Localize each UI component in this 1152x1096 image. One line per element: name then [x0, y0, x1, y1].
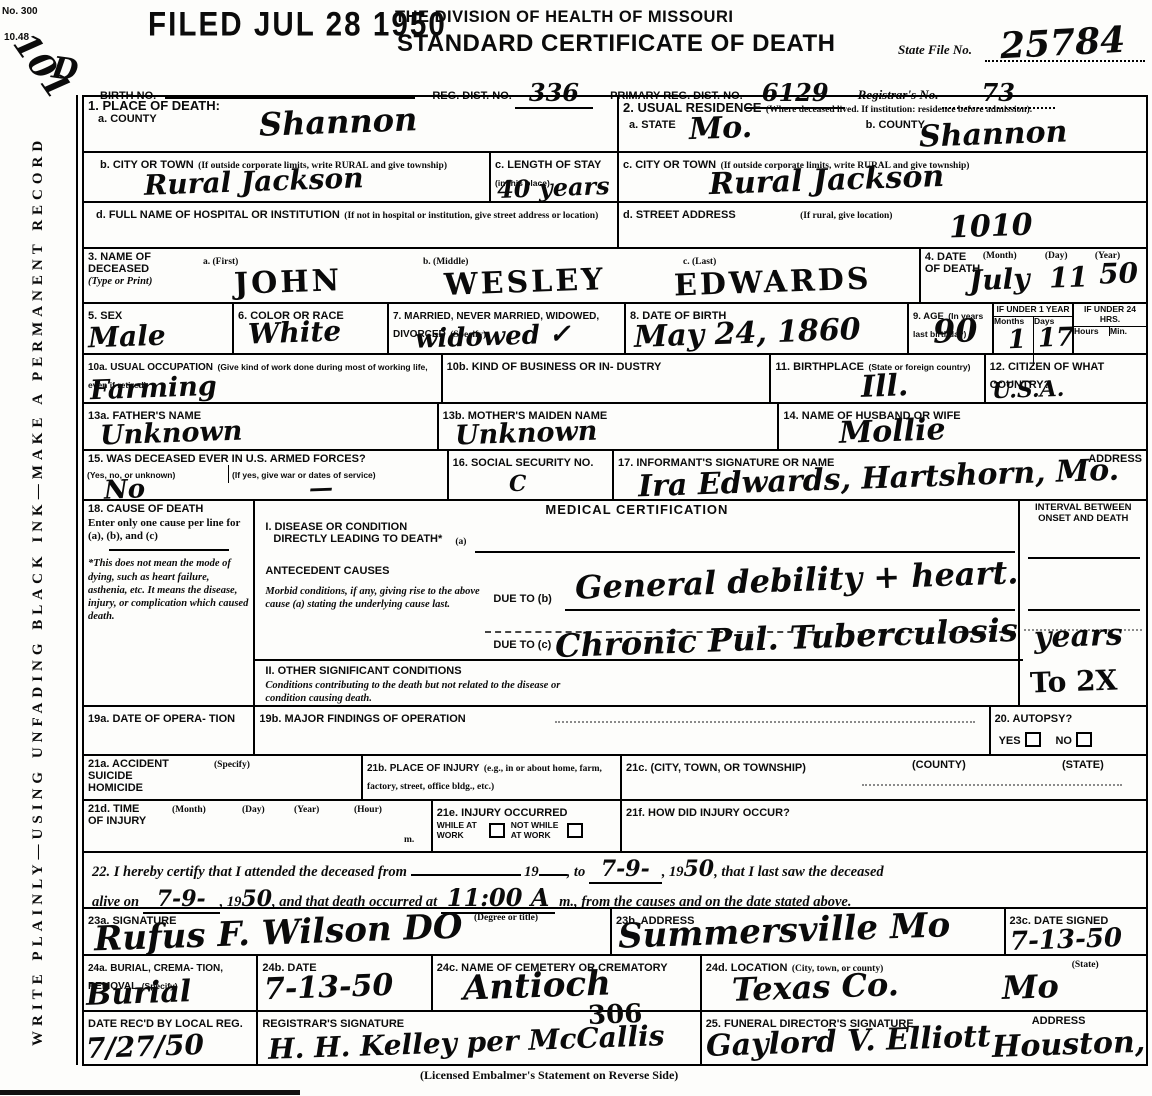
while-at-work-label: WHILE AT WORK	[437, 821, 483, 841]
field-24a-burial: 24a. BURIAL, CREMA- TION, REMOVAL (Speci…	[84, 956, 256, 1010]
occupation-value: Farming	[89, 371, 217, 406]
field-1b-city: b. CITY OR TOWN (If outside corporate li…	[84, 153, 489, 201]
field-21d-injury-time: 21d. TIME OF INJURY (Month) (Day) (Year)…	[84, 801, 431, 851]
field-1d-hospital: d. FULL NAME OF HOSPITAL OR INSTITUTION …	[84, 203, 617, 247]
certify-blank2	[539, 874, 567, 876]
field-19a-operation-date: 19a. DATE OF OPERA- TION	[84, 707, 253, 754]
antecedent-note: Morbid conditions, if any, giving rise t…	[265, 585, 485, 611]
field-13b-mother: 13b. MOTHER'S MAIDEN NAME Unknown	[437, 404, 778, 449]
field-23a-signature: 23a. SIGNATURE (Degree or title) Rufus F…	[84, 909, 610, 954]
city-value: Rural Jackson	[143, 161, 364, 202]
name-note: (Type or Print)	[88, 275, 203, 288]
certify-yr2-value: 50	[683, 856, 714, 882]
row-occupation: 10a. USUAL OCCUPATION (Give kind of work…	[84, 353, 1146, 402]
physician-address-value: Summersville Mo	[617, 905, 950, 957]
field-3-name: 3. NAME OF DECEASED (Type or Print) a. (…	[84, 249, 919, 302]
signature-note: (Degree or title)	[474, 913, 538, 924]
field-18-cause-of-death: 18. CAUSE OF DEATH Enter only one cause …	[84, 501, 253, 705]
row-parents: 13a. FATHER'S NAME Unknown 13b. MOTHER'S…	[84, 402, 1146, 449]
field-13a-father: 13a. FATHER'S NAME Unknown	[84, 404, 437, 449]
certify-blank1	[411, 874, 521, 876]
certify-part1: 22. I hereby certify that I attended the…	[92, 864, 407, 880]
field-10a-occupation: 10a. USUAL OCCUPATION (Give kind of work…	[84, 355, 441, 402]
field-19b-operation-findings: 19b. MAJOR FINDINGS OF OPERATION	[253, 707, 988, 754]
how-injury-label: 21f. HOW DID INJURY OCCUR?	[626, 807, 790, 819]
field-1a-county: 1. PLACE OF DEATH: a. COUNTY Shannon	[84, 97, 617, 151]
injury-hour-label: (Hour)	[354, 805, 382, 816]
disease-a-line	[475, 551, 1015, 553]
due-to-b-value: General debility + heart.	[575, 553, 1019, 606]
days-value: 17	[1037, 322, 1074, 353]
county-value: Shannon	[258, 100, 417, 143]
row-medical-certification: 18. CAUSE OF DEATH Enter only one cause …	[84, 499, 1146, 705]
birthplace-value: Ill.	[861, 368, 909, 405]
ssn-mark: C	[508, 471, 526, 498]
funeral-address-value: Houston, Mo.	[991, 1022, 1152, 1065]
burial-value: Burial	[85, 974, 191, 1013]
first-name-label: a. (First)	[203, 257, 238, 267]
usual-residence-note: (Where deceased lived. If institution: r…	[766, 105, 1032, 115]
name-title: 3. NAME OF DECEASED	[88, 251, 203, 275]
field-24b-burial-date: 24b. DATE 7-13-50	[256, 956, 430, 1010]
disease-label-line1: I. DISEASE OR CONDITION	[265, 521, 407, 533]
under24-label: IF UNDER 24 HRS.	[1074, 304, 1146, 327]
interval-column: INTERVAL BETWEEN ONSET AND DEATH years T…	[1018, 501, 1146, 705]
row-registrar: DATE REC'D BY LOCAL REG. 7/27/50 REGISTR…	[84, 1010, 1146, 1064]
field-24c-cemetery: 24c. NAME OF CEMETERY OR CREMATORY Antio…	[431, 956, 700, 1010]
field-2c-city: c. CITY OR TOWN (If outside corporate li…	[619, 153, 1146, 201]
field-25-funeral-director: 25. FUNERAL DIRECTOR'S SIGNATURE ADDRESS…	[700, 1012, 1146, 1064]
dod-month-value: July	[968, 262, 1030, 297]
row-name-dod: 3. NAME OF DECEASED (Type or Print) a. (…	[84, 247, 1146, 302]
accident-note: (Specify)	[214, 760, 250, 771]
autopsy-label: 20. AUTOPSY?	[995, 713, 1073, 725]
due-to-c-value: Chronic Pul. Tuberculosis	[555, 611, 1019, 665]
interval-label: INTERVAL BETWEEN ONSET AND DEATH	[1020, 501, 1146, 525]
armed-label: 15. WAS DECEASED EVER IN U.S. ARMED FORC…	[84, 451, 447, 465]
last-name-label: c. (Last)	[683, 257, 716, 267]
field-24d-location: 24d. LOCATION (City, town, or county) (S…	[700, 956, 1146, 1010]
residence-county-label: b. COUNTY	[866, 119, 925, 131]
field-registrar-signature: REGISTRAR'S SIGNATURE 306 H. H. Kelley p…	[256, 1012, 699, 1064]
certificate-form: 1. PLACE OF DEATH: a. COUNTY Shannon b. …	[82, 95, 1148, 1066]
injury-occurred-label: 21e. INJURY OCCURRED	[437, 807, 568, 819]
field-15-armed-forces: 15. WAS DECEASED EVER IN U.S. ARMED FORC…	[84, 451, 447, 499]
field-4-date-of-death: 4. DATE OF DEATH (Month) (Day) (Year) Ju…	[919, 249, 1146, 302]
cause-divider	[109, 549, 229, 551]
field-9-age: 9. AGE (In years last birthday) 90	[907, 304, 992, 353]
middle-name-label: b. (Middle)	[423, 257, 468, 267]
hospital-label: d. FULL NAME OF HOSPITAL OR INSTITUTION	[96, 209, 340, 221]
header-division-line: THE DIVISION OF HEALTH OF MISSOURI	[395, 8, 733, 27]
other-conditions-label: II. OTHER SIGNIFICANT CONDITIONS	[265, 665, 461, 677]
other-conditions-note: Conditions contributing to the death but…	[265, 679, 595, 705]
row-physician: 23a. SIGNATURE (Degree or title) Rufus F…	[84, 907, 1146, 954]
autopsy-yes-label: YES	[999, 735, 1021, 747]
field-21f-how-injury: 21f. HOW DID INJURY OCCUR?	[620, 801, 1146, 851]
residence-city-row: c. CITY OR TOWN (If outside corporate li…	[619, 151, 1146, 201]
field-23b-address: 23b. ADDRESS Summersville Mo	[610, 909, 1004, 954]
operation-findings-label: 19b. MAJOR FINDINGS OF OPERATION	[259, 713, 465, 725]
antecedent-title: ANTECEDENT CAUSES	[265, 565, 389, 577]
burial-state-note: (State)	[1072, 960, 1099, 971]
residence-state-county-row: 2. USUAL RESIDENCE (Where deceased lived…	[619, 97, 1146, 151]
field-12-citizen: 12. CITIZEN OF WHAT COUNTRY? U.S.A.	[984, 355, 1146, 402]
dod-year-value: 50	[1098, 256, 1138, 290]
operation-date-label: 19a. DATE OF OPERA- TION	[88, 713, 235, 725]
burial-state-value: Mo	[1001, 967, 1059, 1007]
hospital-note: (If not in hospital or institution, give…	[344, 211, 598, 221]
street-value: 1010	[948, 208, 1033, 246]
field-1c-length-of-stay: c. LENGTH OF STAY (in this place) 40 yea…	[489, 153, 617, 201]
dod-day-value: 11	[1048, 260, 1088, 294]
field-16-ssn: 16. SOCIAL SECURITY NO. C	[447, 451, 612, 499]
armed-note2: (If yes, give war or dates of service)	[232, 470, 376, 480]
residence-street-row: d. STREET ADDRESS (If rural, give locati…	[619, 201, 1146, 247]
cause-note2: *This does not mean the mode of dying, s…	[88, 557, 249, 623]
scan-smudge	[862, 784, 1122, 786]
section-usual-residence: 2. USUAL RESIDENCE (Where deceased lived…	[617, 97, 1146, 247]
father-value: Unknown	[100, 416, 243, 452]
injury-year-label: (Year)	[294, 805, 319, 816]
form-number: No. 300	[2, 6, 38, 17]
not-while-at-work-label: NOT WHILE AT WORK	[511, 821, 561, 841]
stay-label: c. LENGTH OF STAY	[495, 159, 601, 171]
interval-line-a	[1028, 557, 1140, 559]
race-value: White	[247, 314, 341, 350]
cause-label: 18. CAUSE OF DEATH	[88, 503, 249, 515]
age-value: 90	[932, 311, 978, 351]
min-label: Min.	[1110, 327, 1144, 337]
funeral-address-label: ADDRESS	[1032, 1015, 1086, 1027]
stay-value: 40 years	[497, 171, 611, 204]
first-name-value: JOHN	[233, 263, 342, 302]
injury-state-label: (STATE)	[1062, 759, 1104, 771]
interval-line-b	[1028, 609, 1140, 611]
citizen-value: U.S.A.	[991, 376, 1064, 405]
interval-value-mark: To 2X	[1030, 663, 1118, 699]
page-title: STANDARD CERTIFICATE OF DEATH	[397, 30, 835, 58]
residence-city-value: Rural Jackson	[708, 159, 944, 202]
margin-instruction-text: WRITE PLAINLY—USING UNFADING BLACK INK—M…	[30, 108, 47, 1073]
row-operation: 19a. DATE OF OPERA- TION 19b. MAJOR FIND…	[84, 705, 1146, 754]
due-to-b-line	[565, 609, 1015, 611]
row-sex-race-age: 5. SEX Male 6. COLOR OR RACE White 7. MA…	[84, 302, 1146, 353]
field-21a-accident: 21a. ACCIDENT SUICIDE HOMICIDE (Specify)	[84, 756, 361, 799]
field-21e-injury-occurred: 21e. INJURY OCCURRED WHILE AT WORK NOT W…	[431, 801, 620, 851]
disease-a-label: (a)	[455, 537, 466, 548]
injury-day-label: (Day)	[242, 805, 265, 816]
field-2ab: 2. USUAL RESIDENCE (Where deceased lived…	[619, 97, 1146, 151]
field-8-date-of-birth: 8. DATE OF BIRTH May 24, 1860	[624, 304, 907, 353]
injury-city-label: 21c. (CITY, TOWN, OR TOWNSHIP)	[626, 762, 806, 774]
cause-note1: Enter only one cause per line for (a), (…	[88, 517, 249, 543]
not-while-at-work-checkbox	[567, 823, 583, 838]
scan-edge-artifact	[0, 1090, 300, 1095]
marital-value: widowed ✓	[415, 319, 572, 354]
accident-label: 21a. ACCIDENT SUICIDE HOMICIDE	[88, 758, 178, 794]
certify-yr1: 19	[524, 864, 539, 880]
field-17-informant: 17. INFORMANT'S SIGNATURE OR NAME ADDRES…	[612, 451, 1146, 499]
burial-date-value: 7-13-50	[264, 968, 394, 1007]
field-7-marital: 7. MARRIED, NEVER MARRIED, WIDOWED, DIVO…	[387, 304, 624, 353]
mother-value: Unknown	[454, 416, 597, 452]
field-9-under-24-hrs: IF UNDER 24 HRS. Hours Min.	[1072, 304, 1146, 353]
field-21b-place-of-injury: 21b. PLACE OF INJURY (e.g., in or about …	[361, 756, 620, 799]
residence-county-value: Shannon	[918, 114, 1067, 154]
row-accident: 21a. ACCIDENT SUICIDE HOMICIDE (Specify)…	[84, 754, 1146, 799]
interval-value-years: years	[1034, 617, 1124, 655]
medical-certification-title: MEDICAL CERTIFICATION	[255, 501, 1018, 517]
field-22-certify: 22. I hereby certify that I attended the…	[84, 853, 1146, 907]
field-20-autopsy: 20. AUTOPSY? YES NO	[989, 707, 1146, 754]
field-23c-date-signed: 23c. DATE SIGNED 7-13-50	[1004, 909, 1146, 954]
field-6-color-race: 6. COLOR OR RACE White	[232, 304, 387, 353]
residence-city-label: c. CITY OR TOWN	[623, 159, 716, 171]
injury-m-label: m.	[404, 835, 414, 846]
autopsy-no-label: NO	[1055, 735, 1072, 747]
months-value: 1	[1007, 324, 1026, 355]
middle-name-value: WESLEY	[443, 262, 606, 303]
field-21c-injury-location: 21c. (CITY, TOWN, OR TOWNSHIP) (COUNTY) …	[620, 756, 1146, 799]
scan-smudge	[555, 721, 975, 723]
place-county-row: 1. PLACE OF DEATH: a. COUNTY Shannon	[84, 97, 617, 151]
form-outer-border	[76, 95, 78, 1065]
dob-value: May 24, 1860	[633, 312, 861, 355]
date-signed-value: 7-13-50	[1009, 923, 1122, 957]
row-armed-informant: 15. WAS DECEASED EVER IN U.S. ARMED FORC…	[84, 449, 1146, 499]
street-label: d. STREET ADDRESS	[623, 209, 736, 221]
last-name-value: EDWARDS	[673, 262, 872, 304]
birthplace-label: 11. BIRTHPLACE	[775, 361, 864, 373]
autopsy-no-checkbox	[1076, 732, 1092, 747]
injury-month-label: (Month)	[172, 805, 206, 816]
date-received-value: 7/27/50	[85, 1028, 204, 1065]
certify-to-date: 7-9-	[589, 856, 662, 884]
under1-label: IF UNDER 1 YEAR	[994, 304, 1072, 317]
certify-part2: , that I last saw the deceased	[714, 864, 884, 880]
injury-county-label: (COUNTY)	[912, 759, 966, 771]
burial-location-value: Texas Co.	[731, 965, 899, 1009]
sex-value: Male	[87, 319, 166, 355]
residence-state-value: Mo.	[688, 110, 752, 147]
state-file-no-value: 25784	[999, 19, 1126, 67]
business-label: 10b. KIND OF BUSINESS OR IN- DUSTRY	[447, 361, 662, 373]
date-received-label: DATE REC'D BY LOCAL REG.	[88, 1018, 243, 1030]
spouse-value: Mollie	[839, 412, 947, 451]
disease-label-line2: DIRECTLY LEADING TO DEATH*	[273, 533, 442, 545]
row-place-residence: 1. PLACE OF DEATH: a. COUNTY Shannon b. …	[84, 97, 1146, 247]
section-place-of-death: 1. PLACE OF DEATH: a. COUNTY Shannon b. …	[84, 97, 617, 247]
autopsy-yes-checkbox	[1025, 732, 1041, 747]
due-to-b-label: DUE TO (b)	[493, 593, 551, 605]
field-2d-street: d. STREET ADDRESS (If rural, give locati…	[619, 203, 1146, 247]
certify-to: , to	[567, 864, 586, 880]
field-date-received: DATE REC'D BY LOCAL REG. 7/27/50	[84, 1012, 256, 1064]
state-file-no-label: State File No.	[898, 42, 972, 58]
row-certify-statement: 22. I hereby certify that I attended the…	[84, 851, 1146, 907]
ssn-label: 16. SOCIAL SECURITY NO.	[453, 457, 594, 469]
medical-certification: MEDICAL CERTIFICATION I. DISEASE OR COND…	[253, 501, 1018, 705]
embalmer-footer-note: (Licensed Embalmer's Statement on Revers…	[420, 1068, 678, 1083]
field-11-birthplace: 11. BIRTHPLACE (State or foreign country…	[769, 355, 983, 402]
row-injury-time: 21d. TIME OF INJURY (Month) (Day) (Year)…	[84, 799, 1146, 851]
while-at-work-checkbox	[489, 823, 505, 838]
injury-place-label: 21b. PLACE OF INJURY	[367, 763, 479, 774]
field-10b-business: 10b. KIND OF BUSINESS OR IN- DUSTRY	[441, 355, 770, 402]
place-hospital-row: d. FULL NAME OF HOSPITAL OR INSTITUTION …	[84, 201, 617, 247]
place-city-row: b. CITY OR TOWN (If outside corporate li…	[84, 151, 617, 201]
field-14-spouse: 14. NAME OF HUSBAND OR WIFE Mollie	[777, 404, 1146, 449]
residence-state-label: a. STATE	[629, 119, 676, 131]
field-9-under-1-year: IF UNDER 1 YEAR Months 1 Days 17	[992, 304, 1072, 353]
street-note: (If rural, give location)	[800, 211, 892, 221]
injury-time-label: 21d. TIME OF INJURY	[88, 803, 148, 827]
hours-label: Hours	[1074, 327, 1110, 337]
field-5-sex: 5. SEX Male	[84, 304, 232, 353]
certify-yr2: 19	[669, 864, 684, 880]
due-to-c-label: DUE TO (c)	[493, 639, 551, 651]
margin-handwritten-mark: D	[50, 50, 81, 88]
